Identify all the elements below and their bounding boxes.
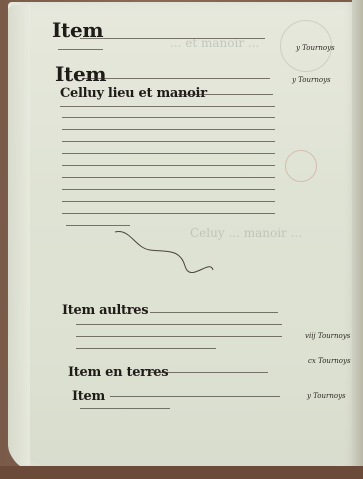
margin-note: y Tournoys (296, 44, 335, 52)
page-edge (352, 0, 363, 479)
text-line (66, 221, 130, 226)
text-line (62, 197, 275, 202)
margin-note: y Tournoys (292, 76, 331, 84)
text-line (62, 185, 275, 190)
page-fold (8, 5, 30, 465)
margin-note: viij Tournoys (305, 332, 350, 340)
text-line (150, 308, 278, 313)
entry-heading: Item (72, 389, 105, 404)
margin-note: y Tournoys (307, 392, 346, 400)
text-line (110, 392, 280, 397)
text-line (76, 344, 216, 349)
table-surface (0, 466, 363, 479)
text-line (62, 173, 275, 178)
text-line (62, 161, 275, 166)
text-line (76, 320, 282, 325)
red-seal (285, 150, 317, 182)
entry-heading: Item aultres (62, 303, 148, 318)
text-line (62, 113, 275, 118)
text-line (62, 125, 275, 130)
text-line (76, 332, 282, 337)
text-line (62, 209, 275, 214)
text-line (80, 404, 170, 409)
line-filler-flourish (110, 228, 220, 273)
text-line (60, 102, 275, 107)
text-line (82, 74, 270, 79)
margin-note: cx Tournoys (308, 357, 351, 365)
text-line (58, 45, 103, 50)
text-line (62, 149, 275, 154)
text-line (178, 90, 273, 95)
text-line (148, 368, 268, 373)
text-line (80, 34, 265, 39)
text-line (62, 137, 275, 142)
